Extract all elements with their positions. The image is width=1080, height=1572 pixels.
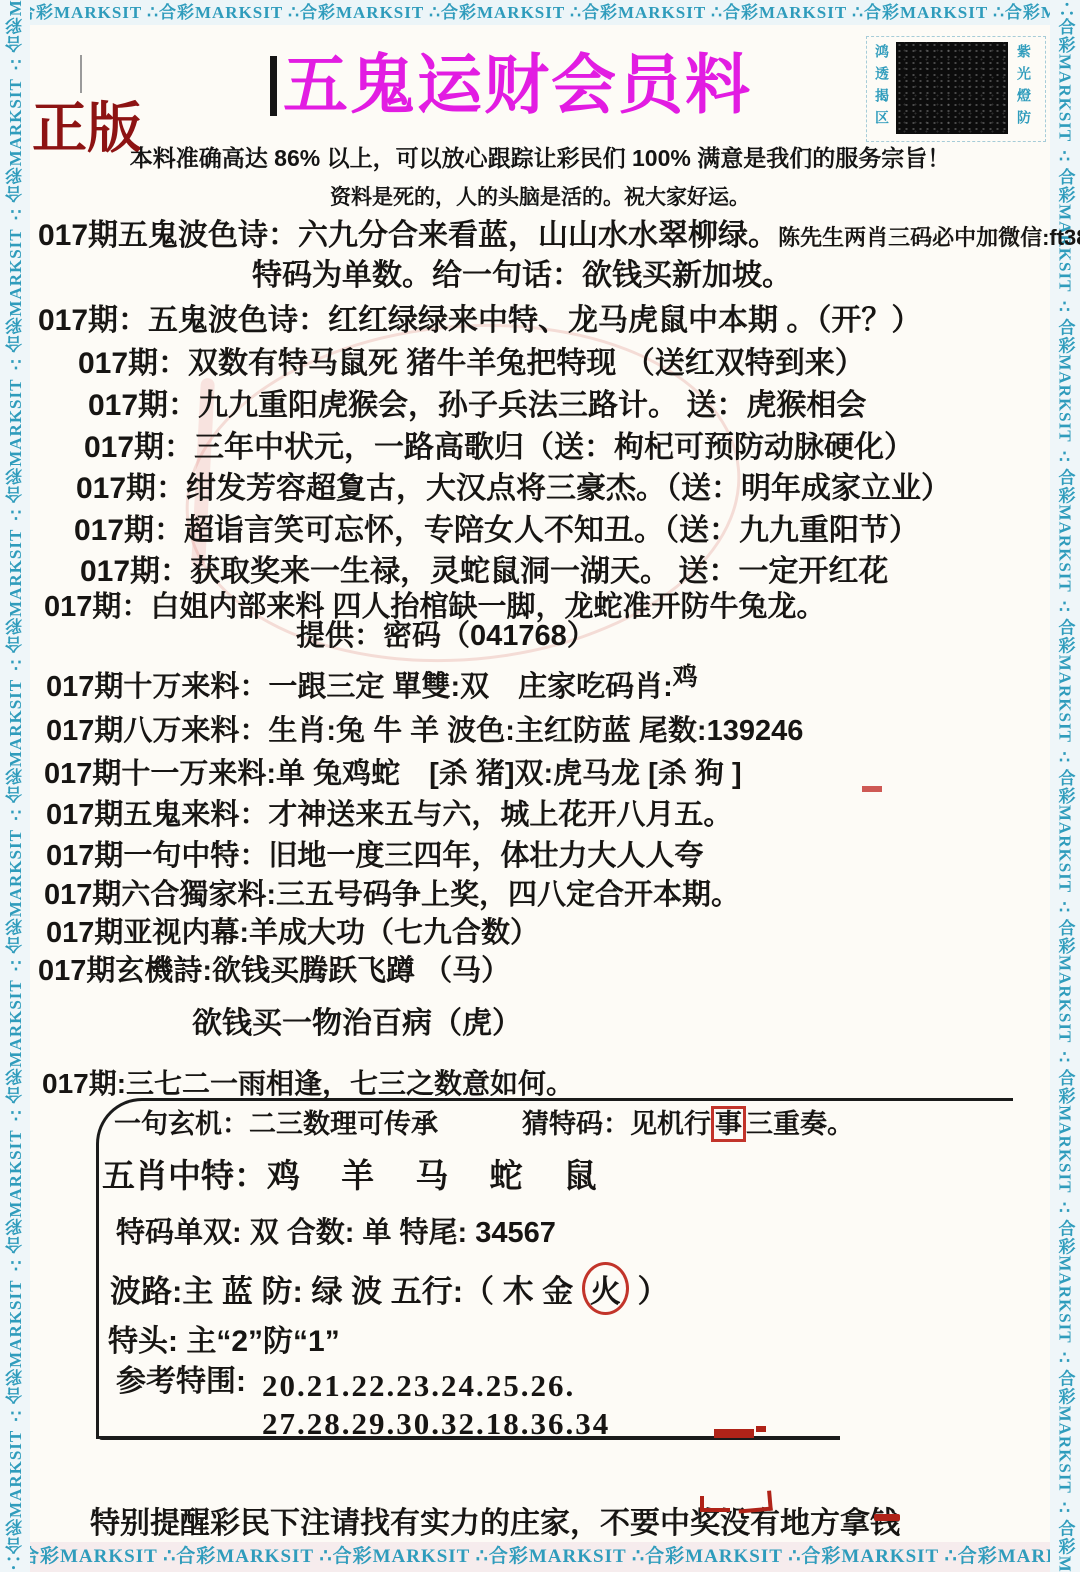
red-boxed-char: 事 bbox=[711, 1106, 746, 1142]
wave-text: 波路:主 蓝 防: 绿 波 五行:（ 木 金 bbox=[110, 1274, 582, 1309]
anti-fake-label-right: 紫光燈防 bbox=[1014, 44, 1034, 132]
title-divider-bar bbox=[270, 56, 277, 116]
tip-line: 017期五鬼来料：才神送来五与六，城上花开八月五。 bbox=[46, 792, 732, 833]
border-top-pattern: ∴合彩MARKSIT ∴合彩MARKSIT ∴合彩MARKSIT ∴合彩MARK… bbox=[0, 0, 1080, 25]
tip-line: 欲钱买一物治百病（虎） bbox=[192, 998, 522, 1042]
red-mark bbox=[756, 1426, 766, 1432]
five-animals-line: 五肖中特：鸡 羊 马 蛇 鼠 bbox=[102, 1150, 613, 1197]
border-left-text: ∴合彩MARKSIT ∴合彩MARKSIT ∴合彩MARKSIT ∴合彩MARK… bbox=[3, 0, 28, 1572]
red-mark bbox=[714, 1429, 754, 1438]
red-mark bbox=[874, 1514, 900, 1521]
tip-line: 017期十一万来料:单 兔鸡蛇 [杀 猪]双:虎马龙 [杀 狗 ] bbox=[44, 751, 742, 792]
red-mark bbox=[737, 1491, 773, 1514]
tip-line: 017期一句中特：旧地一度三四年，体壮力大人人夸 bbox=[46, 833, 703, 874]
border-bottom-pattern: ∴合彩MARKSIT ∴合彩MARKSIT ∴合彩MARKSIT ∴合彩MARK… bbox=[0, 1542, 1080, 1572]
wave-path-line: 波路:主 蓝 防: 绿 波 五行:（ 木 金 火 ） bbox=[110, 1262, 669, 1315]
odd-even-line: 特码单双: 双 合数: 单 特尾: 34567 bbox=[116, 1210, 556, 1251]
hint-label: 一句玄机： bbox=[114, 1109, 249, 1139]
tip-line: 017期：五鬼波色诗：红红绿绿来中特、龙马虎鼠中本期 。（开？） bbox=[38, 295, 921, 339]
anti-fake-label-left: 鸿透揭区 bbox=[872, 44, 892, 132]
wave-text: ） bbox=[629, 1274, 669, 1309]
security-black-square bbox=[896, 42, 1008, 134]
tip-line: 017期:三七二一雨相逢，七三之数意如何。 bbox=[42, 1062, 574, 1102]
border-left-pattern: ∴合彩MARKSIT ∴合彩MARKSIT ∴合彩MARKSIT ∴合彩MARK… bbox=[0, 0, 30, 1572]
guess-text: 见机行 bbox=[630, 1109, 711, 1139]
raised-zodiac: 鸡 bbox=[673, 663, 698, 691]
accuracy-claim: 本料准确高达 86% 以上，可以放心跟踪让彩民们 100% 满意是我们的服务宗旨… bbox=[0, 140, 1080, 173]
five-label: 五肖中特： bbox=[102, 1157, 267, 1194]
guess-label: 猜特码： bbox=[522, 1109, 630, 1139]
lottery-tips-sheet: ∴合彩MARKSIT ∴合彩MARKSIT ∴合彩MARKSIT ∴合彩MARK… bbox=[0, 0, 1080, 1572]
page-title: 五鬼运财会员料 bbox=[283, 32, 752, 126]
motto-line: 资料是死的，人的头脑是活的。祝大家好运。 bbox=[0, 181, 1080, 211]
tip-text: 017期十万来料：一跟三定 單雙:双 庄家吃码肖: bbox=[46, 671, 673, 703]
red-mark bbox=[700, 1496, 730, 1512]
contact-note: 陈先生两肖三码必中加微信:ft3856 bbox=[778, 225, 1080, 250]
hint-text: 二三数理可传承 bbox=[249, 1109, 438, 1139]
tip-line: 017期十万来料：一跟三定 單雙:双 庄家吃码肖:鸡 bbox=[46, 664, 698, 705]
reference-numbers-line1: 20.21.22.23.24.25.26. bbox=[262, 1368, 575, 1404]
tip-line: 017期：三年中状元，一路高歌归（送：枸杞可预防动脉硬化） bbox=[84, 422, 914, 466]
tip-line: 017期：绀发芳容超夐古，大汉点将三豪杰。（送：明年成家立业） bbox=[76, 463, 951, 507]
tip-line: 017期：超诣言笑可忘怀，专陪女人不知丑。（送：九九重阳节） bbox=[74, 505, 919, 549]
tip-line: 017期亚视内幕:羊成大功（七九合数） bbox=[46, 910, 539, 951]
red-circled-char: 火 bbox=[582, 1262, 629, 1315]
tip-line: 017期八万来料：生肖:兔 牛 羊 波色:主红防蓝 尾数:139246 bbox=[46, 708, 803, 749]
tip-text: 017期五鬼波色诗：六九分合来看蓝，山山水水翠柳绿。 bbox=[38, 219, 778, 252]
reference-label: 参考特围: bbox=[116, 1356, 246, 1400]
tip-line: 017期：双数有特马鼠死 猪牛羊兔把特现 （送红双特到来） bbox=[78, 338, 865, 382]
tip-line: 017期：九九重阳虎猴会，孙子兵法三路计。 送：虎猴相会 bbox=[88, 380, 866, 424]
tip-line: 特码为单数。给一句话：欲钱买新加坡。 bbox=[252, 250, 792, 294]
reference-numbers-line2: 27.28.29.30.32.18.36.34 bbox=[262, 1406, 610, 1442]
five-animals: 鸡 羊 马 蛇 鼠 bbox=[267, 1157, 613, 1194]
tip-line: 017期五鬼波色诗：六九分合来看蓝，山山水水翠柳绿。陈先生两肖三码必中加微信:f… bbox=[38, 210, 1080, 254]
tip-line: 017期玄機詩:欲钱买腾跃飞蹲 （马） bbox=[38, 948, 510, 989]
warning-note: 特别提醒彩民下注请找有实力的庄家，不要中奖没有地方拿钱 bbox=[90, 1498, 900, 1542]
special-head-line: 特头: 主“2”防“1” bbox=[108, 1316, 340, 1360]
tip-line: 017期六合獨家料:三五号码争上奖，四八定合开本期。 bbox=[44, 872, 740, 913]
mystery-hint-line: 一句玄机：二三数理可传承猜特码：见机行事三重奏。 bbox=[114, 1102, 854, 1141]
red-mark bbox=[862, 786, 882, 792]
password-line: 提供：密码（041768） bbox=[296, 613, 596, 654]
guess-text: 三重奏。 bbox=[746, 1109, 854, 1139]
